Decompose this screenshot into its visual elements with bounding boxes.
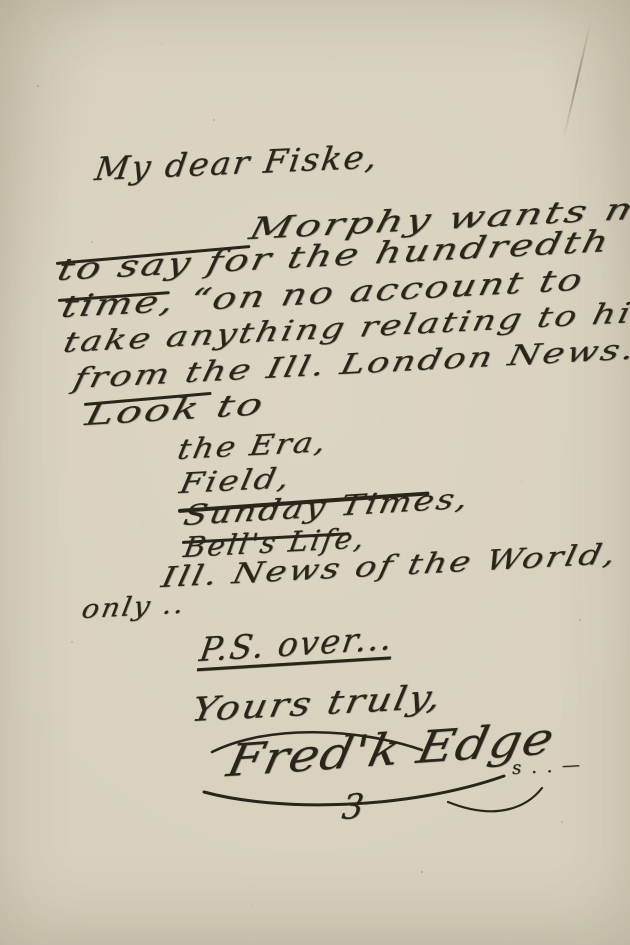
letter-page: My dear Fiske, Morphy wants me to say fo… — [0, 0, 630, 945]
signoff: Yours truly, — [188, 677, 447, 730]
signature-mark: 3 — [340, 786, 368, 828]
only-note: only .. — [79, 589, 188, 625]
signature-flourish-icon — [198, 730, 548, 840]
ps-over-note: P.S. over... — [197, 618, 397, 669]
body-line-look-to: Look to — [82, 387, 269, 434]
paper-scratch — [563, 23, 591, 138]
list-item-era: the Era, — [175, 425, 331, 466]
salutation: My dear Fiske, — [92, 137, 381, 188]
signature-tail-mark: s . . — — [511, 754, 582, 779]
